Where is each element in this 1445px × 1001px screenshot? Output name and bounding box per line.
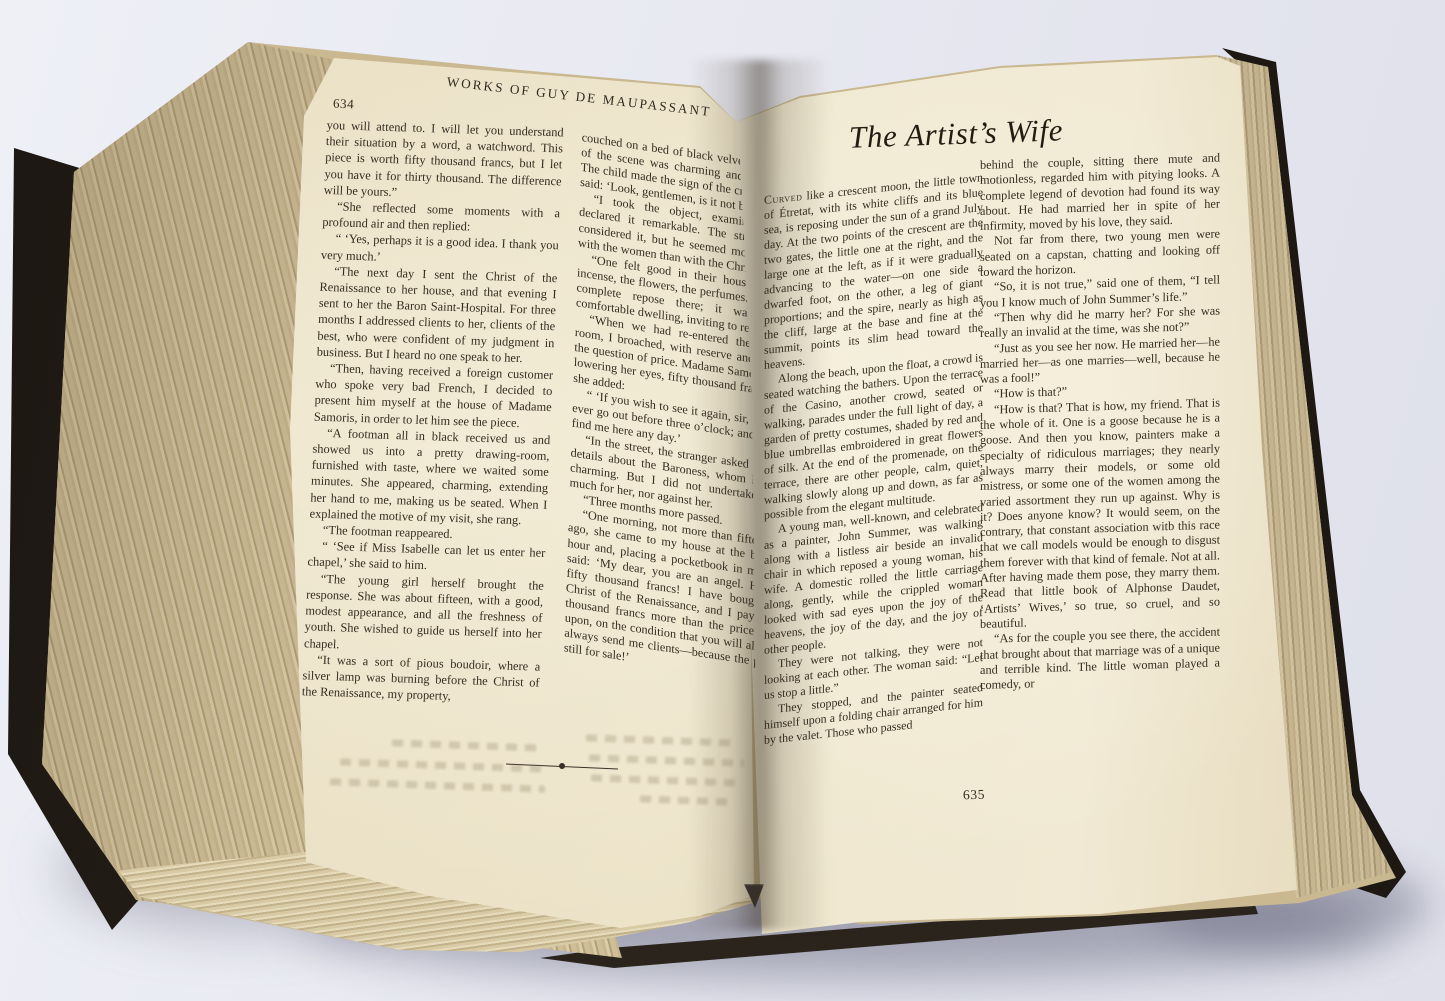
ornament-dot xyxy=(559,763,565,769)
paragraph: Not far from there, two young men were s… xyxy=(980,227,1220,280)
paragraph: “A footman all in black received us and … xyxy=(309,424,550,529)
running-head: WORKS OF GUY DE MAUPASSANT xyxy=(428,72,730,122)
show-through-text xyxy=(340,758,545,772)
paragraph: you will attend to. I will let you under… xyxy=(323,117,564,205)
paragraph: “The next day I sent the Christ of the R… xyxy=(316,263,557,368)
paragraph: “As for the couple you see there, the ac… xyxy=(980,625,1220,694)
paragraph: Along the beach, upon the float, a crowd… xyxy=(764,350,983,523)
page-number: 635 xyxy=(963,787,986,804)
paragraph: “Then, having received a foreign custome… xyxy=(314,360,554,432)
page-635-column-1: Curved like a crescent moon, the little … xyxy=(764,170,983,748)
page-635-column-2: behind the couple, sitting there mute an… xyxy=(980,150,1220,693)
show-through-text xyxy=(586,734,738,746)
paragraph: behind the couple, sitting there mute an… xyxy=(980,150,1220,234)
book-photo: 634 WORKS OF GUY DE MAUPASSANT you will … xyxy=(0,0,1445,1001)
page-634-column-1: you will attend to. I will let you under… xyxy=(302,117,564,707)
show-through-text xyxy=(392,739,542,751)
show-through-text xyxy=(591,774,741,786)
show-through-text xyxy=(589,754,744,766)
show-through-text xyxy=(330,778,545,792)
paragraph: “How is that? That is how, my friend. Th… xyxy=(980,395,1220,632)
paragraph: A young man, well-known, and celebrated … xyxy=(764,500,983,658)
paragraph: “The young girl herself brought the resp… xyxy=(304,570,545,658)
show-through-text xyxy=(640,795,732,805)
page-number: 634 xyxy=(333,96,355,113)
story-title: The Artist’s Wife xyxy=(769,110,1142,159)
paragraph: “It was a sort of pious boudoir, where a… xyxy=(302,651,541,707)
paragraph: “Just as you see her now. He married her… xyxy=(980,334,1220,387)
paragraph: Curved like a crescent moon, the little … xyxy=(764,170,983,373)
